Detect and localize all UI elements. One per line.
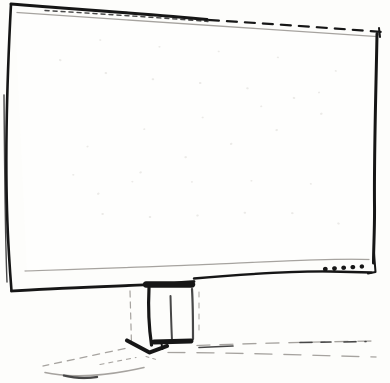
monitor-sketch-drawing: Desktop computer monitor on a pedestal s… <box>0 0 390 383</box>
stand-neck-bottom-bar <box>154 341 191 342</box>
top-right-corner-tick <box>379 28 380 37</box>
monitor-screen <box>15 13 375 270</box>
stand-neck-right-edge <box>192 289 193 339</box>
monitor-sketch-figure: Desktop computer monitor on a pedestal s… <box>0 0 390 383</box>
